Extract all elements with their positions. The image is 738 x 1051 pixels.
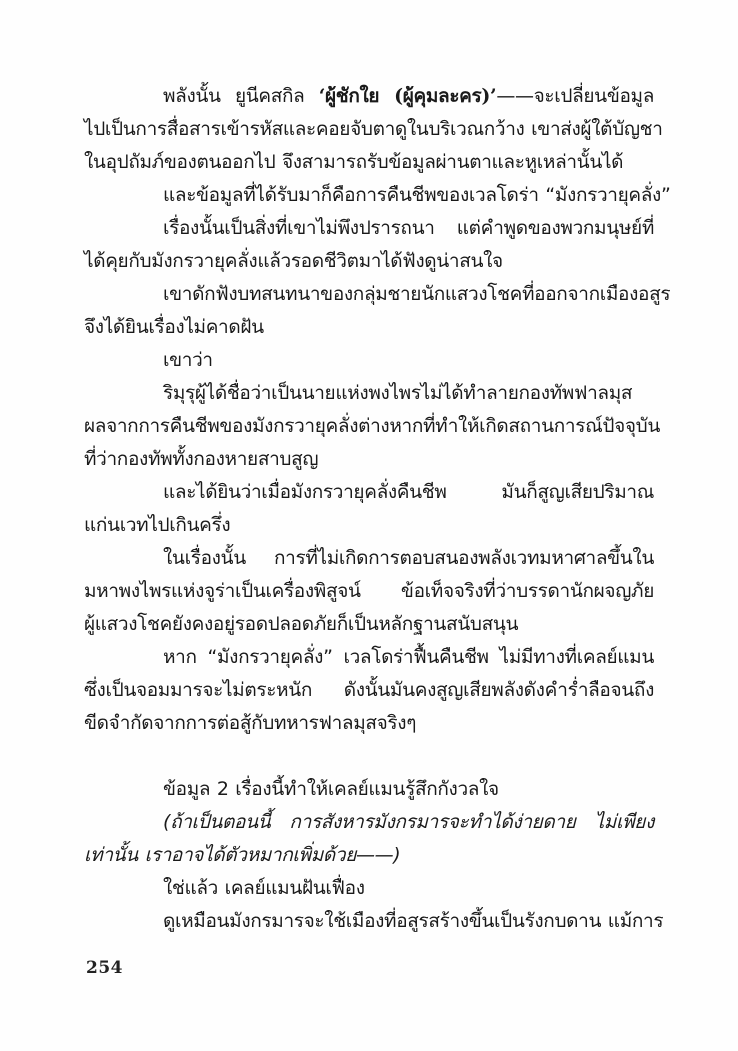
text-run: พลังนั้น ยูนีคสกิล <box>163 85 319 107</box>
text-line: ใช่แล้ว เคลย์แมนฝันเฟื่อง <box>84 872 654 905</box>
text-line: ข้อมูล 2 เรื่องนี้ทำให้เคลย์แมนรู้สึกกัง… <box>84 773 654 806</box>
text-line: และข้อมูลที่ได้รับมาก็คือการคืนชีพของเวล… <box>84 179 654 212</box>
text-line: ได้คุยกับมังกรวายุคลั่งแล้วรอดชีวิตมาได้… <box>84 245 654 278</box>
text-line: ขีดจำกัดจากการต่อสู้กับทหารฟาลมุสจริงๆ <box>84 707 654 740</box>
text-run: ——จะเปลี่ยนข้อมูล <box>496 85 654 107</box>
text-line: มหาพงไพรแห่งจูร่าเป็นเครื่องพิสูจน์ ข้อเ… <box>84 575 654 608</box>
text-line: ไปเป็นการสื่อสารเข้ารหัสและคอยจับตาดูในบ… <box>84 113 654 146</box>
text-line: ผู้แสวงโชคยังคงอยู่รอดปลอดภัยก็เป็นหลักฐ… <box>84 608 654 641</box>
text-line: แก่นเวทไปเกินครึ่ง <box>84 509 654 542</box>
thought-line-italic: เท่านั้น เราอาจได้ตัวหมากเพิ่มด้วย——) <box>84 839 654 872</box>
skill-name-bold: ‘ผู้ชักใย (ผู้คุมละคร)’ <box>319 85 497 107</box>
text-line: ซึ่งเป็นจอมมารจะไม่ตระหนัก ดังนั้นมันคงส… <box>84 674 654 707</box>
text-line: เขาว่า <box>84 344 654 377</box>
body-text: พลังนั้น ยูนีคสกิล ‘ผู้ชักใย (ผู้คุมละคร… <box>84 80 654 938</box>
thought-line-italic: (ถ้าเป็นตอนนี้ การสังหารมังกรมารจะทำได้ง… <box>84 806 654 839</box>
page-number: 254 <box>86 958 123 978</box>
text-line: ดูเหมือนมังกรมารจะใช้เมืองที่อสูรสร้างขึ… <box>84 905 654 938</box>
text-line: ที่ว่ากองทัพทั้งกองหายสาบสูญ <box>84 443 654 476</box>
text-line: ในเรื่องนั้น การที่ไม่เกิดการตอบสนองพลัง… <box>84 542 654 575</box>
text-line: จึงได้ยินเรื่องไม่คาดฝัน <box>84 311 654 344</box>
text-line: และได้ยินว่าเมื่อมังกรวายุคลั่งคืนชีพ มั… <box>84 476 654 509</box>
text-line: เรื่องนั้นเป็นสิ่งที่เขาไม่พึงปรารถนา แต… <box>84 212 654 245</box>
text-line: เขาดักฟังบทสนทนาของกลุ่มชายนักแสวงโชคที่… <box>84 278 654 311</box>
text-line: ในอุปถัมภ์ของตนออกไป จึงสามารถรับข้อมูลผ… <box>84 146 654 179</box>
text-line: ริมุรุผู้ได้ชื่อว่าเป็นนายแห่งพงไพรไม่ได… <box>84 377 654 410</box>
text-line: หาก “มังกรวายุคลั่ง” เวลโดร่าฟื้นคืนชีพ … <box>84 641 654 674</box>
book-page: พลังนั้น ยูนีคสกิล ‘ผู้ชักใย (ผู้คุมละคร… <box>0 0 738 1051</box>
blank-line <box>84 740 654 773</box>
text-line: ผลจากการคืนชีพของมังกรวายุคลั่งต่างหากที… <box>84 410 654 443</box>
text-line: พลังนั้น ยูนีคสกิล ‘ผู้ชักใย (ผู้คุมละคร… <box>84 80 654 113</box>
